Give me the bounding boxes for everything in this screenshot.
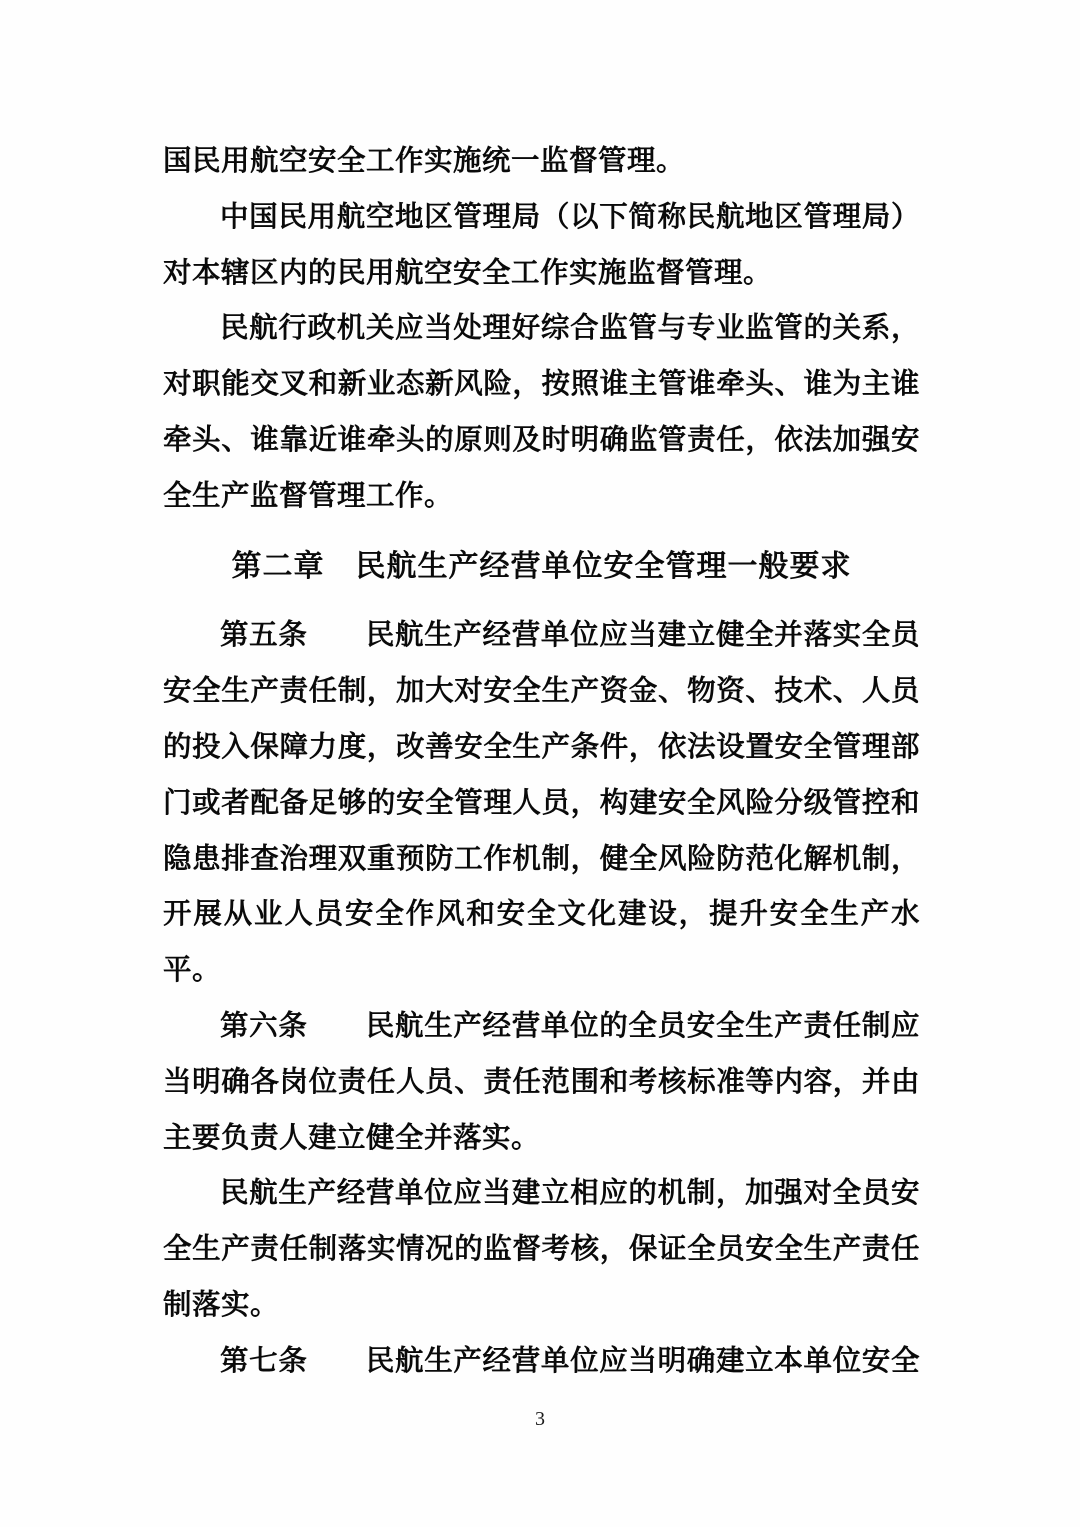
text-line: 对本辖区内的民用航空安全工作实施监督管理。 <box>163 246 920 302</box>
text-line: 安全生产责任制，加大对安全生产资金、物资、技术、人员 <box>163 664 920 720</box>
text-line: 平。 <box>163 943 920 999</box>
text-line: 全生产责任制落实情况的监督考核，保证全员安全生产责任 <box>163 1222 920 1278</box>
text-line: 开展从业人员安全作风和安全文化建设，提升安全生产水 <box>163 887 920 943</box>
text-line: 民航行政机关应当处理好综合监管与专业监管的关系， <box>163 301 920 357</box>
text-line: 对职能交叉和新业态新风险，按照谁主管谁牵头、谁为主谁 <box>163 357 920 413</box>
page-number: 3 <box>0 1408 1080 1431</box>
text-line: 第五条 民航生产经营单位应当建立健全并落实全员 <box>163 608 920 664</box>
text-line: 第六条 民航生产经营单位的全员安全生产责任制应 <box>163 999 920 1055</box>
text-line: 当明确各岗位责任人员、责任范围和考核标准等内容，并由 <box>163 1055 920 1111</box>
text-line: 中国民用航空地区管理局（以下简称民航地区管理局） <box>163 190 920 246</box>
text-line: 制落实。 <box>163 1278 920 1334</box>
text-line: 门或者配备足够的安全管理人员，构建安全风险分级管控和 <box>163 776 920 832</box>
text-line: 的投入保障力度，改善安全生产条件，依法设置安全管理部 <box>163 720 920 776</box>
text-line: 全生产监督管理工作。 <box>163 469 920 525</box>
document-body-text: 国民用航空安全工作实施统一监督管理。中国民用航空地区管理局（以下简称民航地区管理… <box>163 134 920 1390</box>
text-line: 国民用航空安全工作实施统一监督管理。 <box>163 134 920 190</box>
text-line: 第七条 民航生产经营单位应当明确建立本单位安全 <box>163 1334 920 1390</box>
chapter-heading: 第二章 民航生产经营单位安全管理一般要求 <box>163 539 920 595</box>
document-page: 国民用航空安全工作实施统一监督管理。中国民用航空地区管理局（以下简称民航地区管理… <box>0 0 1080 1527</box>
text-line: 主要负责人建立健全并落实。 <box>163 1111 920 1167</box>
text-line: 牵头、谁靠近谁牵头的原则及时明确监管责任，依法加强安 <box>163 413 920 469</box>
text-line: 民航生产经营单位应当建立相应的机制，加强对全员安 <box>163 1166 920 1222</box>
text-line: 隐患排查治理双重预防工作机制，健全风险防范化解机制， <box>163 832 920 888</box>
